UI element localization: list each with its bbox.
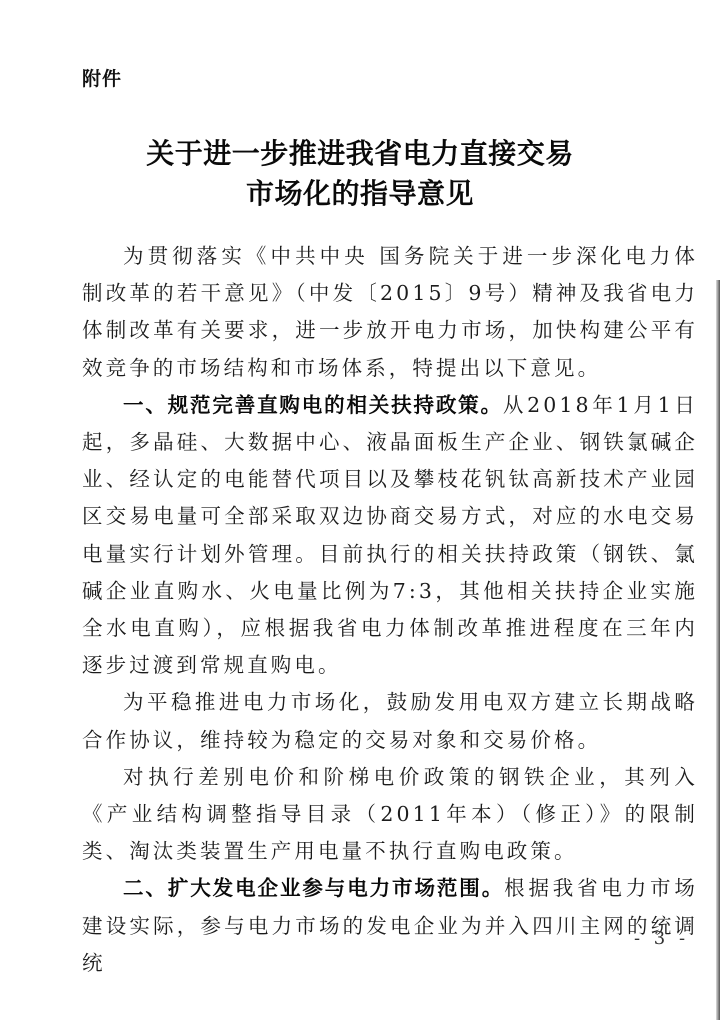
attachment-label: 附件: [82, 64, 122, 91]
paragraph-market-stability: 为平稳推进电力市场化，鼓励发用电双方建立长期战略合作协议，维持较为稳定的交易对象…: [82, 684, 698, 758]
section-1-heading: 一、规范完善直购电的相关扶持政策。: [123, 393, 503, 417]
paragraph-text: 从2018年1月1日起，多晶硅、大数据中心、液晶面板生产企业、钢铁氯碱企业、经认…: [82, 393, 698, 677]
page-edge-shadow: [716, 280, 720, 1020]
paragraph-section-2: 二、扩大发电企业参与电力市场范围。根据我省电力市场建设实际，参与电力市场的发电企…: [82, 870, 698, 982]
paragraph-section-1: 一、规范完善直购电的相关扶持政策。从2018年1月1日起，多晶硅、大数据中心、液…: [82, 387, 698, 685]
document-title-line-2: 市场化的指导意见: [0, 172, 720, 212]
paragraph-text: 为平稳推进电力市场化，鼓励发用电双方建立长期战略合作协议，维持较为稳定的交易对象…: [82, 690, 698, 751]
section-2-heading: 二、扩大发电企业参与电力市场范围。: [123, 876, 504, 900]
paragraph-steel-pricing: 对执行差别电价和阶梯电价政策的钢铁企业，其列入《产业结构调整指导目录（2011年…: [82, 759, 698, 871]
paragraph-text: 对执行差别电价和阶梯电价政策的钢铁企业，其列入《产业结构调整指导目录（2011年…: [82, 765, 698, 863]
document-title-line-1: 关于进一步推进我省电力直接交易: [0, 132, 720, 172]
page-number: - 3 -: [634, 928, 689, 949]
paragraph-text: 为贯彻落实《中共中央 国务院关于进一步深化电力体制改革的若干意见》（中发〔201…: [82, 244, 698, 380]
paragraph-intro: 为贯彻落实《中共中央 国务院关于进一步深化电力体制改革的若干意见》（中发〔201…: [82, 238, 698, 387]
document-body: 为贯彻落实《中共中央 国务院关于进一步深化电力体制改革的若干意见》（中发〔201…: [82, 238, 698, 982]
